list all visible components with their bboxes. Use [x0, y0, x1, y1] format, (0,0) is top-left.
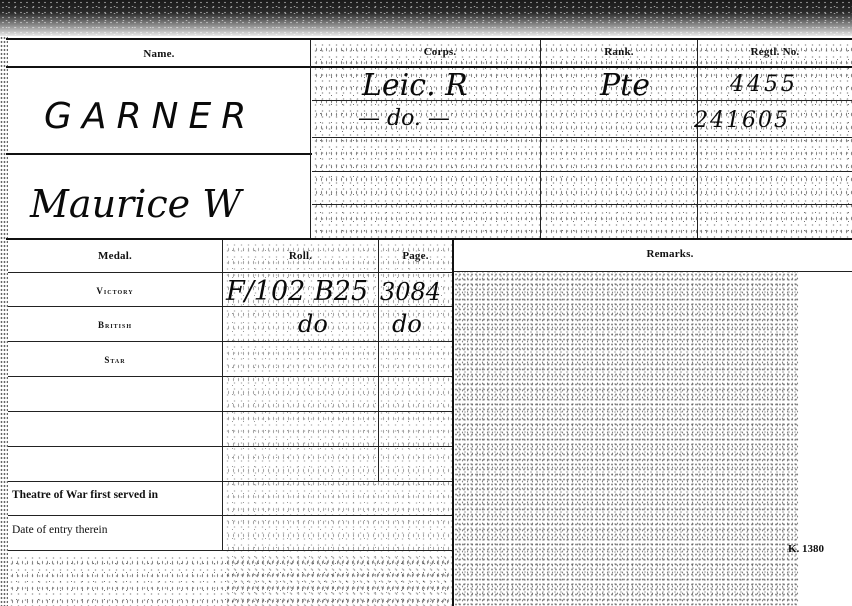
- forenames-entry: Maurice W: [30, 182, 241, 226]
- upper-row-rule: [312, 204, 852, 205]
- header-roll: Roll.: [223, 250, 378, 262]
- upper-row-rule: [312, 137, 852, 138]
- british-roll-entry: do: [298, 310, 328, 338]
- lower-row-rule: [8, 515, 452, 516]
- theatre-of-war-label: Theatre of War first served in: [12, 489, 158, 501]
- remarks-shaded-area: [454, 272, 799, 606]
- form-number: K. 1380: [788, 543, 824, 555]
- lower-row-rule: [8, 376, 452, 377]
- medal-star-label: Star: [8, 355, 222, 365]
- header-name: Name.: [8, 48, 310, 60]
- lower-row-rule: [8, 411, 452, 412]
- scan-top-band: [0, 0, 852, 36]
- header-medal: Medal.: [8, 250, 222, 262]
- victory-page-entry: 3084: [380, 278, 441, 306]
- section-divider: [6, 238, 852, 240]
- header-regtl-no: Regtl. No.: [698, 46, 852, 58]
- remarks-header-rule: [454, 271, 852, 272]
- medal-index-card: Name. Corps. Rank. Regtl. No. GARNER Mau…: [0, 0, 852, 606]
- corps-entry-1: Leic. R: [362, 68, 468, 103]
- col-divider-name: [310, 40, 311, 238]
- lower-row-rule: [8, 446, 452, 447]
- rank-entry-1: Pte: [600, 68, 650, 103]
- date-of-entry-label: Date of entry therein: [12, 524, 107, 536]
- name-split-rule: [6, 153, 312, 155]
- col-divider-rank: [697, 40, 698, 238]
- top-rule: [6, 38, 852, 40]
- medal-victory-label: Victory: [8, 286, 222, 296]
- lower-row-rule: [8, 341, 452, 342]
- bottom-speckle: [8, 555, 452, 606]
- corps-entry-2: — do. —: [358, 106, 450, 131]
- victory-roll-entry: F/102 B25: [226, 276, 368, 307]
- lower-row-rule: [8, 481, 452, 482]
- header-page: Page.: [379, 250, 452, 262]
- medal-british-label: British: [8, 320, 222, 330]
- british-page-entry: do: [392, 310, 422, 338]
- col-divider-corps: [540, 40, 541, 238]
- header-rank: Rank.: [541, 46, 697, 58]
- regtl-no-entry-1: 4455: [730, 72, 798, 97]
- regtl-no-entry-2: 241605: [694, 108, 790, 133]
- col-divider-medal: [222, 240, 223, 550]
- lower-row-rule: [8, 550, 452, 551]
- col-divider-remarks: [452, 240, 454, 606]
- surname-entry: GARNER: [44, 96, 256, 137]
- lower-header-rule: [8, 272, 454, 273]
- header-corps: Corps.: [340, 46, 540, 58]
- header-remarks: Remarks.: [560, 248, 780, 260]
- scan-left-edge: [0, 36, 8, 606]
- upper-row-rule: [312, 171, 852, 172]
- col-divider-roll: [378, 240, 379, 481]
